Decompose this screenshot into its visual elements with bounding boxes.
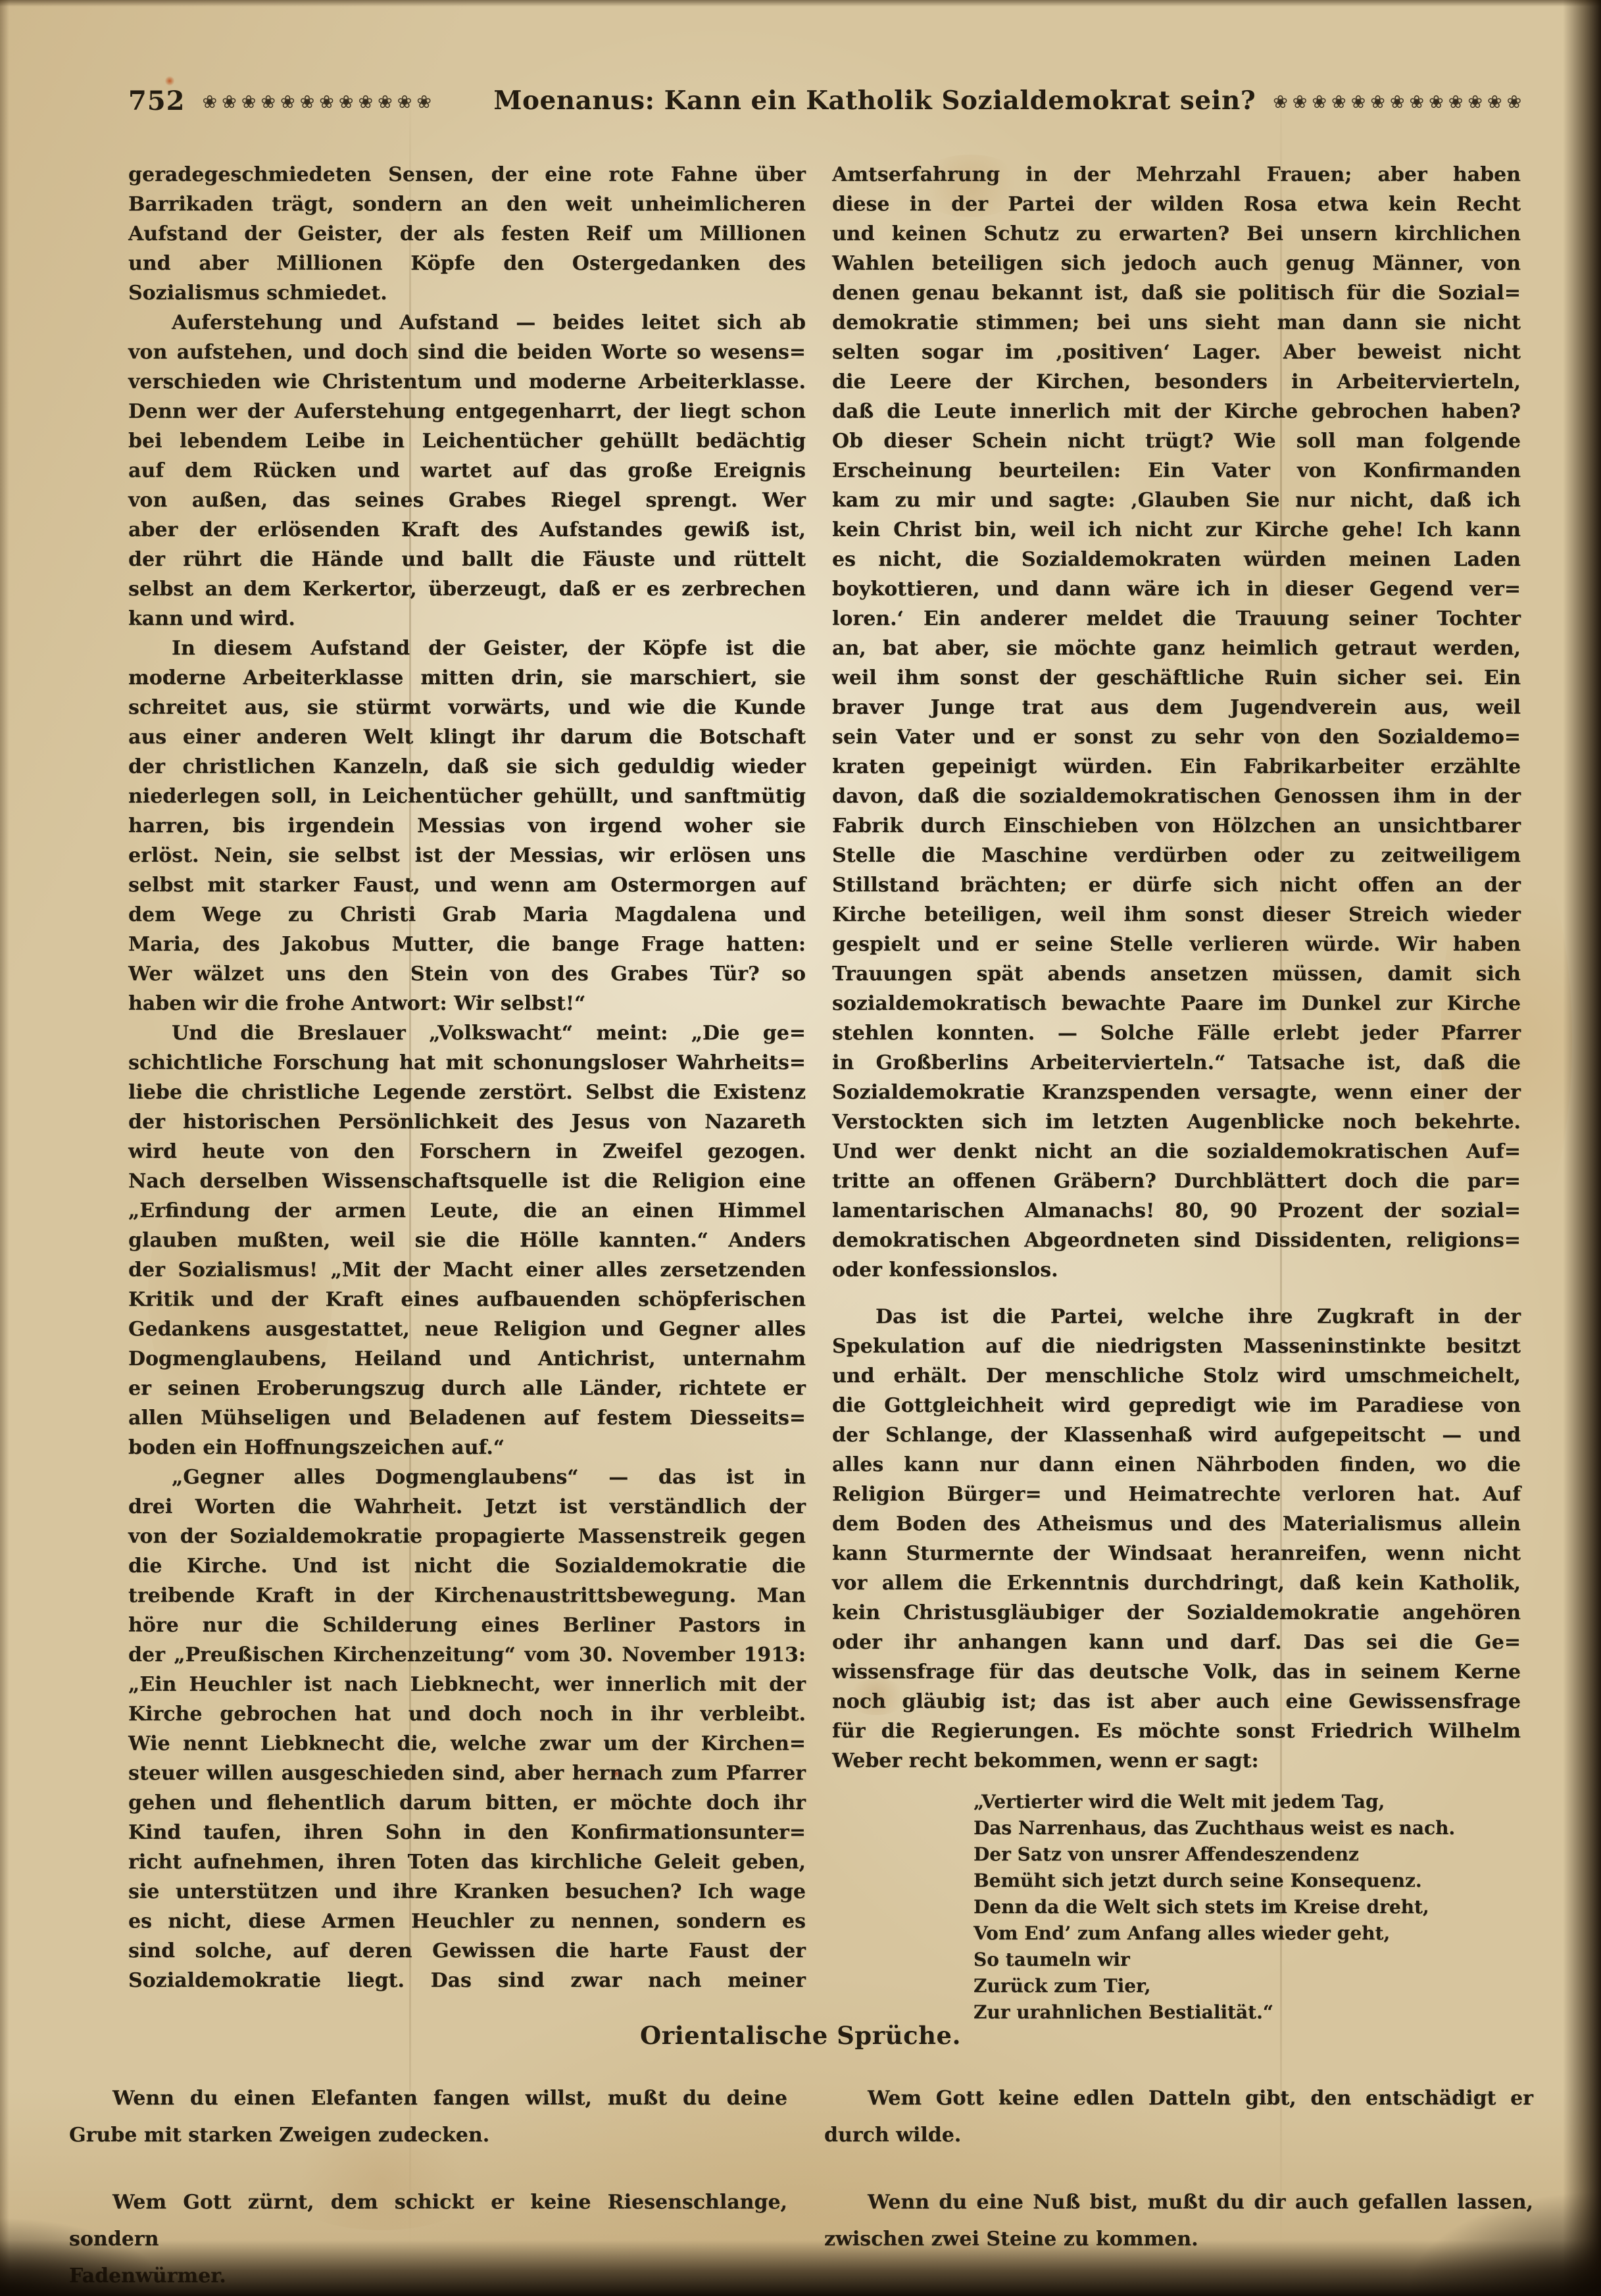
text-line: boden ein Hoffnungszeichen auf.“ — [128, 1433, 806, 1462]
text-line: glauben mußten, weil sie die Hölle kannt… — [128, 1226, 806, 1255]
text-line: sind solche, auf deren Gewissen die hart… — [128, 1936, 806, 1966]
text-line: von der Sozialdemokratie propagierte Mas… — [128, 1522, 806, 1551]
text-line: harren, bis irgendein Messias von irgend… — [128, 811, 806, 841]
text-line: drei Worten die Wahrheit. Jetzt ist vers… — [128, 1492, 806, 1522]
text-line: gehen und flehentlich darum bitten, er m… — [128, 1788, 806, 1818]
text-line: Wie nennt Liebknecht die, welche zwar um… — [128, 1729, 806, 1759]
text-line: bei lebendem Leibe in Leichentücher gehü… — [128, 426, 806, 456]
sayings-left-column: Wenn du einen Elefanten fangen willst, m… — [69, 2080, 787, 2295]
text-line: höre nur die Schilderung eines Berliner … — [128, 1610, 806, 1640]
text-line: lamentarischen Almanachs! 80, 90 Prozent… — [832, 1196, 1521, 1226]
text-line: Ob dieser Schein nicht trügt? Wie soll m… — [832, 426, 1521, 456]
text-line: Dogmenglaubens, Heiland und Antichrist, … — [128, 1344, 806, 1374]
text-line: sein Vater und er sonst zu sehr von den … — [832, 722, 1521, 752]
text-line: Fabrik durch Einschieben von Hölzchen an… — [832, 811, 1521, 841]
text-line: Denn wer der Auferstehung entgegenharrt,… — [128, 397, 806, 426]
saying-line: durch wilde. — [824, 2117, 1533, 2154]
text-line: demokratischen Abgeordneten sind Disside… — [832, 1226, 1521, 1255]
text-line: niederlegen soll, in Leichentücher gehül… — [128, 782, 806, 811]
text-line: weil ihm sonst der geschäftliche Ruin si… — [832, 663, 1521, 693]
text-line: es nicht, diese Armen Heuchler zu nennen… — [128, 1907, 806, 1936]
saying-line: Wem Gott keine edlen Datteln gibt, den e… — [824, 2080, 1533, 2117]
text-line: die Kirche. Und ist nicht die Sozialdemo… — [128, 1551, 806, 1581]
saying-line: Grube mit starken Zweigen zudecken. — [69, 2117, 787, 2154]
text-line: „Ein Heuchler ist nach Liebknecht, wer i… — [128, 1670, 806, 1699]
page-header: 752 ❀❀❀❀❀❀❀❀❀❀❀❀ Moenanus: Kann ein Kath… — [128, 78, 1547, 124]
text-line: selbst an dem Kerkertor, überzeugt, daß … — [128, 574, 806, 604]
poem-line: Vom End’ zum Anfang alles wieder geht, — [973, 1920, 1473, 1947]
text-line: schichtliche Forschung hat mit schonungs… — [128, 1048, 806, 1078]
text-line: vor allem die Erkenntnis durchdringt, da… — [832, 1568, 1521, 1598]
text-line: haben wir die frohe Antwort: Wir selbst!… — [128, 989, 806, 1018]
header-ornament-left-icon: ❀❀❀❀❀❀❀❀❀❀❀❀ — [203, 93, 477, 111]
article-column-right: Amtserfahrung in der Mehrzahl Frauen; ab… — [832, 160, 1521, 2026]
text-line: wird heute von den Forschern in Zweifel … — [128, 1137, 806, 1166]
text-line: kraten gepeinigt würden. Ein Fabrikarbei… — [832, 752, 1521, 782]
text-line: und erhält. Der menschliche Stolz wird u… — [832, 1361, 1521, 1391]
text-line: Sozialismus schmiedet. — [128, 278, 806, 308]
text-line: der Schlange, der Klassenhaß wird aufgep… — [832, 1420, 1521, 1450]
text-line: der „Preußischen Kirchenzeitung“ vom 30.… — [128, 1640, 806, 1670]
text-line: kein Christ bin, weil ich nicht zur Kirc… — [832, 515, 1521, 545]
text-line: daß die Leute innerlich mit der Kirche g… — [832, 397, 1521, 426]
text-line: der rührt die Hände und ballt die Fäuste… — [128, 545, 806, 574]
text-line: Aufstand der Geister, der als festen Rei… — [128, 219, 806, 249]
text-line: der Sozialismus! „Mit der Macht einer al… — [128, 1255, 806, 1285]
text-line: Kind taufen, ihren Sohn in den Konfirmat… — [128, 1818, 806, 1847]
text-line: denen genau bekannt ist, daß sie politis… — [832, 278, 1521, 308]
text-line: Wer wälzet uns den Stein von des Grabes … — [128, 959, 806, 989]
text-line: kann Sturmernte der Windsaat heranreifen… — [832, 1539, 1521, 1568]
text-line: erlöst. Nein, sie selbst ist der Messias… — [128, 841, 806, 870]
text-line: sie unterstützen und ihre Kranken besuch… — [128, 1877, 806, 1907]
text-line: dem Wege zu Christi Grab Maria Magdalena… — [128, 900, 806, 930]
text-line: liebe die christliche Legende zerstört. … — [128, 1078, 806, 1107]
poem-line: Der Satz von unsrer Affendeszendenz — [973, 1841, 1473, 1868]
text-line: schreitet aus, sie stürmt vorwärts, und … — [128, 693, 806, 722]
page-edge-shadow-top — [0, 0, 1601, 7]
text-line: der historischen Persönlichkeit des Jesu… — [128, 1107, 806, 1137]
poem-line: Das Narrenhaus, das Zuchthaus weist es n… — [973, 1815, 1473, 1841]
text-line: kam zu mir und sagte: ‚Glauben Sie nur n… — [832, 486, 1521, 515]
text-line: Und die Breslauer „Volkswacht“ meint: „D… — [128, 1018, 806, 1048]
text-line: diese in der Partei der wilden Rosa etwa… — [832, 189, 1521, 219]
text-line: geradegeschmiedeten Sensen, der eine rot… — [128, 160, 806, 189]
text-line: sozialdemokratisch bewachte Paare im Dun… — [832, 989, 1521, 1018]
text-line: richt aufnehmen, ihren Toten das kirchli… — [128, 1847, 806, 1877]
text-line: selbst mit starker Faust, und wenn am Os… — [128, 870, 806, 900]
text-line: Kirche beteiligen, weil ihm sonst dieser… — [832, 900, 1521, 930]
text-line: loren.‘ Ein anderer meldet die Trauung s… — [832, 604, 1521, 634]
text-line: aus einer anderen Welt klingt ihr darum … — [128, 722, 806, 752]
text-line: In diesem Aufstand der Geister, der Köpf… — [128, 634, 806, 663]
poem-line: „Vertierter wird die Welt mit jedem Tag, — [973, 1789, 1473, 1815]
page-edge-shadow-right — [1563, 0, 1601, 2296]
scanned-document-page: 752 ❀❀❀❀❀❀❀❀❀❀❀❀ Moenanus: Kann ein Kath… — [0, 0, 1601, 2296]
text-line: Trauungen spät abends ansetzen müssen, d… — [832, 959, 1521, 989]
running-title: Moenanus: Kann ein Katholik Sozialdemokr… — [493, 86, 1256, 116]
text-line: braver Junge trat aus dem Jugendverein a… — [832, 693, 1521, 722]
text-line: auf dem Rücken und wartet auf das große … — [128, 456, 806, 486]
text-line: wissensfrage für das deutsche Volk, das … — [832, 1657, 1521, 1687]
poem-line: Bemüht sich jetzt durch seine Konsequenz… — [973, 1868, 1473, 1894]
saying-line: Wenn du eine Nuß bist, mußt du dir auch … — [824, 2184, 1533, 2221]
header-ornament-right-icon: ❀❀❀❀❀❀❀❀❀❀❀❀❀ — [1273, 93, 1547, 111]
text-line: gespielt und er seine Stelle verlieren w… — [832, 930, 1521, 959]
text-line: Nach derselben Wissenschaftsquelle ist d… — [128, 1166, 806, 1196]
article-column-right-lines: Amtserfahrung in der Mehrzahl Frauen; ab… — [832, 160, 1521, 1776]
text-line: Stelle die Maschine verdürben oder zu ze… — [832, 841, 1521, 870]
page-number: 752 — [128, 86, 185, 116]
sayings-right-column: Wem Gott keine edlen Datteln gibt, den e… — [824, 2080, 1533, 2258]
saying-line: Wem Gott zürnt, dem schickt er keine Rie… — [69, 2184, 787, 2258]
text-line: demokratie stimmen; bei uns sieht man da… — [832, 308, 1521, 337]
text-line: kein Christusgläubiger der Sozialdemokra… — [832, 1598, 1521, 1628]
text-line: Das ist die Partei, welche ihre Zugkraft… — [832, 1302, 1521, 1332]
saying-line: zwischen zwei Steine zu kommen. — [824, 2221, 1533, 2258]
text-line: Amtserfahrung in der Mehrzahl Frauen; ab… — [832, 160, 1521, 189]
text-line: er seinen Eroberungszug durch alle Lände… — [128, 1374, 806, 1403]
text-line: von aufstehen, und doch sind die beiden … — [128, 337, 806, 367]
text-line: von außen, das seines Grabes Riegel spre… — [128, 486, 806, 515]
text-line: „Gegner alles Dogmenglaubens“ — das ist … — [128, 1462, 806, 1492]
text-line: treibende Kraft in der Kirchenaustrittsb… — [128, 1581, 806, 1610]
section-heading: Orientalische Sprüche. — [0, 2021, 1601, 2050]
text-line: dem Boden des Atheismus und des Material… — [832, 1509, 1521, 1539]
text-line: für die Regierungen. Es möchte sonst Fri… — [832, 1716, 1521, 1746]
text-line: die Leere der Kirchen, besonders in Arbe… — [832, 367, 1521, 397]
text-line: „Erfindung der armen Leute, die an einen… — [128, 1196, 806, 1226]
text-line: kann und wird. — [128, 604, 806, 634]
text-line: alles kann nur dann einen Nährboden find… — [832, 1450, 1521, 1480]
text-line: Kritik und der Kraft eines aufbauenden s… — [128, 1285, 806, 1314]
text-line: selten sogar im ‚positiven‘ Lager. Aber … — [832, 337, 1521, 367]
text-line: verschieden wie Christentum und moderne … — [128, 367, 806, 397]
page-edge-shadow-left — [0, 0, 9, 2296]
text-line: an, bat aber, sie möchte ganz heimlich g… — [832, 634, 1521, 663]
text-line: der christlichen Kanzeln, daß sie sich g… — [128, 752, 806, 782]
text-line: stehlen konnten. — Solche Fälle erlebt j… — [832, 1018, 1521, 1048]
text-line: noch gläubig ist; das ist aber auch eine… — [832, 1687, 1521, 1716]
text-line: allen Mühseligen und Beladenen auf feste… — [128, 1403, 806, 1433]
text-line: steuer willen ausgeschieden sind, aber h… — [128, 1759, 806, 1788]
text-line: Verstockten sich im letzten Augenblicke … — [832, 1107, 1521, 1137]
poem-line: Zurück zum Tier, — [973, 1973, 1473, 1999]
text-line: Religion Bürger= und Heimatrechte verlor… — [832, 1480, 1521, 1509]
text-line: tritte an offenen Gräbern? Durchblättert… — [832, 1166, 1521, 1196]
text-line: Barrikaden trägt, sondern an den weit un… — [128, 189, 806, 219]
text-line: moderne Arbeiterklasse mitten drin, sie … — [128, 663, 806, 693]
text-line: Erscheinung beurteilen: Ein Vater von Ko… — [832, 456, 1521, 486]
saying-line: Wenn du einen Elefanten fangen willst, m… — [69, 2080, 787, 2117]
text-line: Und wer denkt nicht an die sozialdemokra… — [832, 1137, 1521, 1166]
poem-line: Denn da die Welt sich stets im Kreise dr… — [973, 1894, 1473, 1920]
text-line: boykottieren, und dann wäre ich in diese… — [832, 574, 1521, 604]
saying-line: Fadenwürmer. — [69, 2258, 787, 2295]
text-line: Maria, des Jakobus Mutter, die bange Fra… — [128, 930, 806, 959]
text-line: Weber recht bekommen, wenn er sagt: — [832, 1746, 1521, 1776]
poem-line: So taumeln wir — [973, 1947, 1473, 1973]
text-line: und aber Millionen Köpfe den Ostergedank… — [128, 249, 806, 278]
text-line: Gedankens ausgestattet, neue Religion un… — [128, 1314, 806, 1344]
text-line: die Gottgleichheit wird gepredigt wie im… — [832, 1391, 1521, 1420]
text-line: Sozialdemokratie liegt. Das sind zwar na… — [128, 1966, 806, 1995]
text-line: Stillstand brächten; er dürfe sich nicht… — [832, 870, 1521, 900]
text-line: davon, daß die sozialdemokratischen Geno… — [832, 782, 1521, 811]
poem-quote: „Vertierter wird die Welt mit jedem Tag,… — [973, 1789, 1473, 2026]
text-line: es nicht, die Sozialdemokraten würden me… — [832, 545, 1521, 574]
article-column-left: geradegeschmiedeten Sensen, der eine rot… — [128, 160, 806, 1995]
text-line: Kirche gebrochen hat und doch noch in ih… — [128, 1699, 806, 1729]
text-line: aber der erlösenden Kraft des Aufstandes… — [128, 515, 806, 545]
text-line: oder konfessionslos. — [832, 1255, 1521, 1285]
text-line: oder ihr anhangen kann und darf. Das sei… — [832, 1628, 1521, 1657]
text-line: Wahlen beteiligen sich jedoch auch genug… — [832, 249, 1521, 278]
text-line: Auferstehung und Aufstand — beides leite… — [128, 308, 806, 337]
text-line: Sozialdemokratie Kranzspenden versagte, … — [832, 1078, 1521, 1107]
text-line: in Großberlins Arbeitervierteln.“ Tatsac… — [832, 1048, 1521, 1078]
text-line: und keinen Schutz zu erwarten? Bei unser… — [832, 219, 1521, 249]
text-line: Spekulation auf die niedrigsten Massenin… — [832, 1332, 1521, 1361]
